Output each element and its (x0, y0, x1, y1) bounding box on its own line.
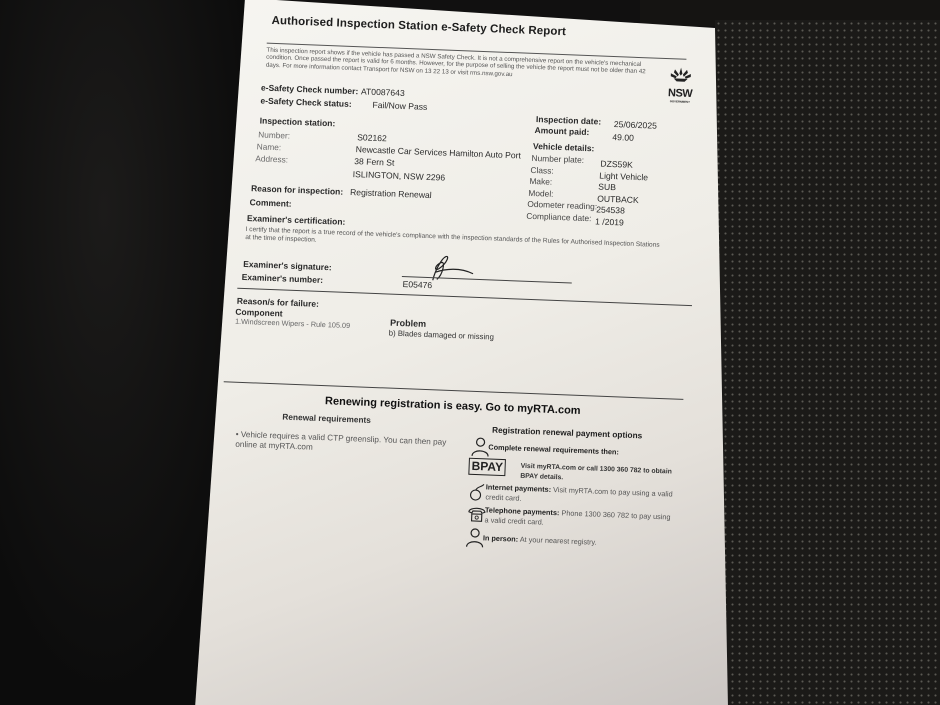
station-address-line2: ISLINGTON, NSW 2296 (353, 169, 446, 183)
examiner-number-label: Examiner's number: (242, 272, 324, 285)
station-number-label: Number: (258, 129, 290, 140)
amount-paid-label: Amount paid: (534, 125, 589, 137)
comment-label: Comment: (249, 197, 291, 209)
complete-requirements-text: Complete renewal requirements then: (488, 442, 619, 456)
renewal-divider (224, 381, 684, 400)
payment-heading: Registration renewal payment options (492, 425, 643, 441)
person-icon (466, 528, 485, 549)
check-number: AT0087643 (361, 86, 405, 98)
payment-option-in-person: In person: At your nearest registry. (483, 533, 673, 550)
failure-problem: b) Blades damaged or missing (389, 329, 495, 342)
in-person-title: In person: (483, 533, 519, 543)
vehicle-field-label: Model: (528, 187, 554, 198)
vehicle-field-value: Light Vehicle (599, 170, 648, 182)
renewal-requirements-heading: Renewal requirements (282, 412, 371, 425)
vehicle-field-label: Number plate: (531, 153, 584, 165)
payment-option-bpay: BPAY (468, 457, 506, 476)
telephone-icon (468, 506, 487, 523)
examiner-number: E05476 (402, 279, 432, 290)
person-icon (471, 437, 490, 458)
vehicle-field-value: DZS59K (600, 159, 633, 170)
payment-option-telephone: Telephone payments: Phone 1300 360 782 t… (484, 505, 675, 532)
vehicle-field-label: Odometer reading: (527, 199, 597, 212)
vehicle-field-label: Make: (529, 176, 552, 187)
perforated-seat-background (715, 20, 940, 705)
check-status: Fail/Now Pass (372, 100, 427, 112)
vehicle-field-value: 1 /2019 (595, 216, 624, 227)
check-number-label: e-Safety Check number: (261, 82, 359, 96)
vehicle-field-value: 254538 (596, 204, 625, 215)
station-address-line1: 38 Fern St (354, 156, 394, 168)
renewal-requirement-item: • Vehicle requires a valid CTP greenslip… (235, 430, 466, 459)
station-heading: Inspection station: (260, 115, 336, 128)
in-person-text: At your nearest registry. (520, 535, 597, 547)
vehicle-field-label: Compliance date: (526, 210, 592, 222)
nsw-logo: NSW GOVERNMENT (665, 66, 696, 104)
computer-mouse-icon (469, 483, 486, 502)
vehicle-heading: Vehicle details: (533, 141, 595, 153)
requirement-text: Vehicle requires a valid CTP greenslip. … (235, 430, 446, 452)
bpay-logo-icon: BPAY (468, 458, 506, 476)
signature-label: Examiner's signature: (243, 259, 332, 272)
inspection-date: 25/06/2025 (614, 119, 657, 131)
reason-value: Registration Renewal (350, 187, 432, 200)
station-address-label: Address: (255, 153, 288, 164)
failure-component: 1.Windscreen Wipers - Rule 105.09 (235, 317, 350, 330)
waratah-icon (670, 66, 693, 83)
station-name-label: Name: (257, 141, 282, 152)
vehicle-field-label: Class: (530, 164, 554, 175)
station-number: S02162 (357, 132, 387, 143)
inspection-report: Authorised Inspection Station e-Safety C… (229, 10, 720, 588)
examiner-heading: Examiner's certification: (247, 213, 346, 227)
intro-text: This inspection report shows if the vehi… (266, 47, 662, 84)
reason-label: Reason for inspection: (251, 183, 343, 197)
vehicle-field-value: OUTBACK (597, 193, 639, 205)
problem-header: Problem (390, 318, 426, 329)
vehicle-field-value: SUB (598, 182, 616, 193)
amount-paid: 49.00 (612, 132, 634, 143)
check-status-label: e-Safety Check status: (260, 95, 351, 108)
